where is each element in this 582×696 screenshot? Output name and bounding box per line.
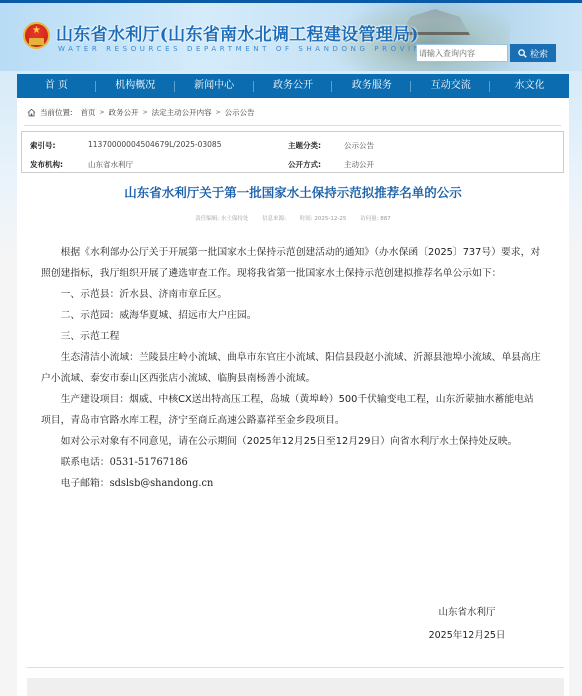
breadcrumb-divider — [24, 125, 561, 126]
footer-divider — [27, 667, 564, 668]
footer-panel — [27, 678, 564, 696]
main-container: 首 页 机构概况 新闻中心 政务公开 政务服务 互动交流 水文化 当前位置: 首… — [17, 74, 569, 696]
article-title: 山东省水利厅关于第一批国家水土保持示范拟推荐名单的公示 — [17, 183, 569, 201]
body-paragraph: 生产建设项目：烟威、中核CX送出特高压工程，岛城（黄埠岭）500千伏输变电工程，… — [41, 389, 541, 431]
search-input[interactable]: 请输入查询内容 — [416, 44, 508, 62]
signature-org: 山东省水利厅 — [417, 604, 517, 618]
search-button-label: 检索 — [530, 47, 548, 60]
nav-item-gov-services[interactable]: 政务服务 — [332, 74, 411, 98]
body-paragraph: 一、示范县：沂水县、济南市章丘区。 — [41, 284, 541, 305]
magnifier-icon — [518, 49, 527, 58]
body-paragraph: 三、示范工程 — [41, 326, 541, 347]
nav-item-water-culture[interactable]: 水文化 — [490, 74, 569, 98]
publisher-label: 发布机构: — [30, 159, 63, 170]
document-info-box: 索引号: 11370000004504679L/2025-03085 主题分类:… — [21, 131, 564, 173]
site-title[interactable]: 山东省水利厅(山东省南水北调工程建设管理局) — [56, 20, 419, 45]
meta-visits: 访问量: 887 — [360, 216, 391, 222]
breadcrumb-label: 当前位置: — [40, 107, 73, 118]
contact-phone: 联系电话：0531-51767186 — [41, 452, 541, 473]
breadcrumb: 当前位置: 首页 > 政务公开 > 法定主动公开内容 > 公示公告 — [27, 107, 255, 118]
nav-item-news[interactable]: 新闻中心 — [175, 74, 254, 98]
article-meta: 责任编辑: 水土保持处 信息来源: 时间: 2025-12-25 访问量: 88… — [17, 214, 569, 222]
method-value: 主动公开 — [344, 159, 374, 170]
site-header: 山东省水利厅(山东省南水北调工程建设管理局) WATER RESOURCES D… — [0, 3, 582, 71]
meta-source: 信息来源: — [262, 216, 286, 222]
nav-item-gov-affairs[interactable]: 政务公开 — [254, 74, 333, 98]
body-paragraph: 生态清洁小流域：兰陵县庄岭小流域、曲阜市东官庄小流域、阳信县段赵小流域、沂源县池… — [41, 347, 541, 389]
body-paragraph: 二、示范园：威海华夏城、招远市大户庄园。 — [41, 305, 541, 326]
breadcrumb-link-statutory[interactable]: 法定主动公开内容 — [152, 107, 212, 118]
article-body: 根据《水利部办公厅关于开展第一批国家水土保持示范创建活动的通知》（办水保函〔20… — [41, 242, 541, 494]
breadcrumb-link-gov-affairs[interactable]: 政务公开 — [109, 107, 139, 118]
meta-editor: 责任编辑: 水土保持处 — [195, 216, 248, 222]
nav-item-organization[interactable]: 机构概况 — [96, 74, 175, 98]
topic-label: 主题分类: — [288, 140, 321, 151]
site-subtitle: WATER RESOURCES DEPARTMENT OF SHANDONG P… — [58, 45, 439, 53]
index-value: 11370000004504679L/2025-03085 — [88, 140, 221, 149]
method-label: 公开方式: — [288, 159, 321, 170]
home-icon — [27, 108, 36, 117]
index-label: 索引号: — [30, 140, 56, 151]
nav-item-interaction[interactable]: 互动交流 — [411, 74, 490, 98]
breadcrumb-separator: > — [143, 109, 148, 116]
breadcrumb-link-home[interactable]: 首页 — [81, 107, 96, 118]
search-button[interactable]: 检索 — [510, 44, 556, 62]
body-paragraph: 根据《水利部办公厅关于开展第一批国家水土保持示范创建活动的通知》（办水保函〔20… — [41, 242, 541, 284]
national-emblem-icon — [23, 22, 50, 49]
signature-date: 2025年12月25日 — [417, 627, 517, 641]
breadcrumb-separator: > — [100, 109, 105, 116]
publisher-value: 山东省水利厅 — [88, 159, 133, 170]
meta-time: 时间: 2025-12-25 — [300, 216, 347, 222]
main-nav: 首 页 机构概况 新闻中心 政务公开 政务服务 互动交流 水文化 — [17, 74, 569, 98]
body-paragraph: 如对公示对象有不同意见，请在公示期间（2025年12月25日至12月29日）向省… — [41, 431, 541, 452]
topic-value: 公示公告 — [344, 140, 374, 151]
breadcrumb-separator: > — [216, 109, 221, 116]
breadcrumb-link-notices[interactable]: 公示公告 — [225, 107, 255, 118]
contact-email: 电子邮箱：sdslsb@shandong.cn — [41, 473, 541, 494]
nav-item-home[interactable]: 首 页 — [17, 74, 96, 98]
